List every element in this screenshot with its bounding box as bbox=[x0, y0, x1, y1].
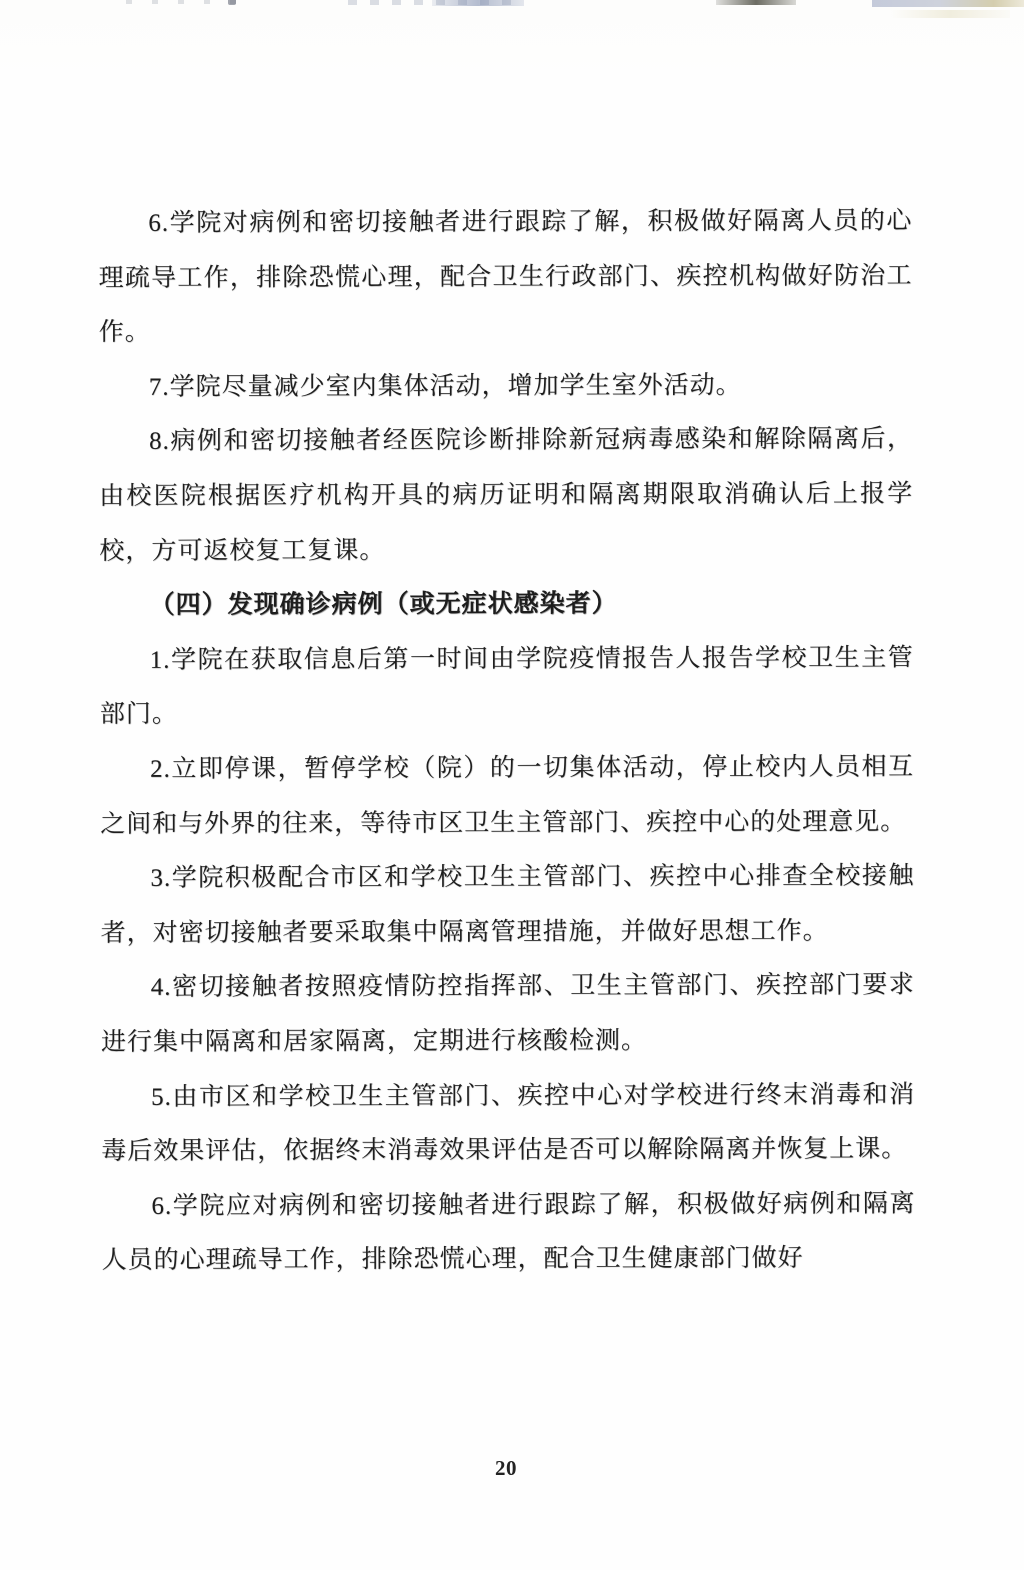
paragraph-7-reduce-indoor-activities: 7.学院尽量减少室内集体活动，增加学生室外活动。 bbox=[99, 358, 913, 415]
section-heading-confirmed-cases: （四）发现确诊病例（或无症状感染者） bbox=[99, 577, 913, 634]
paragraph-8-return-to-school: 8.病例和密切接触者经医院诊断排除新冠病毒感染和解除隔离后，由校医院根据医疗机构… bbox=[99, 413, 914, 579]
paragraph-4-quarantine-testing: 4.密切接触者按照疫情防控指挥部、卫生主管部门、疾控部门要求进行集中隔离和居家隔… bbox=[101, 959, 915, 1071]
page-number: 20 bbox=[0, 1456, 1012, 1481]
document-body: 6.学院对病例和密切接触者进行跟踪了解，积极做好隔离人员的心理疏导工作，排除恐慌… bbox=[98, 194, 915, 1288]
paragraph-1-report-health-authority: 1.学院在获取信息后第一时间由学院疫情报告人报告学校卫生主管部门。 bbox=[100, 631, 914, 743]
paragraph-5-terminal-disinfection: 5.由市区和学校卫生主管部门、疾控中心对学校进行终末消毒和消毒后效果评估，依据终… bbox=[101, 1068, 915, 1180]
paragraph-6-case-tracking: 6.学院对病例和密切接触者进行跟踪了解，积极做好隔离人员的心理疏导工作，排除恐慌… bbox=[98, 194, 913, 360]
scanned-document-page: { "page": { "number": "20", "text_color"… bbox=[0, 0, 1024, 1570]
paragraph-6-psychological-support: 6.学院应对病例和密切接触者进行跟踪了解，积极做好病例和隔离人员的心理疏导工作，… bbox=[101, 1177, 915, 1289]
paragraph-3-contact-screening: 3.学院积极配合市区和学校卫生主管部门、疾控中心排查全校接触者，对密切接触者要采… bbox=[100, 850, 914, 962]
paragraph-2-suspend-classes: 2.立即停课，暂停学校（院）的一切集体活动，停止校内人员相互之间和与外界的往来，… bbox=[100, 740, 914, 852]
